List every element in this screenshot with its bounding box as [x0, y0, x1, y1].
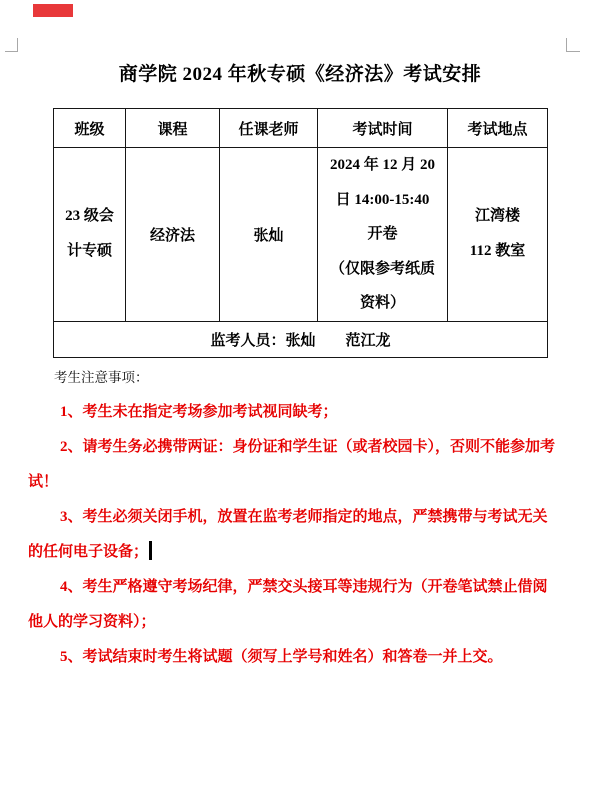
note-item-1[interactable]: 1、考生未在指定考场参加考试视同缺考；: [28, 395, 560, 430]
note-item-2[interactable]: 2、请考生务必携带两证：身份证和学生证（或者校园卡），否则不能参加考试！: [28, 430, 560, 500]
note-item-4-text: 4、考生严格遵守考场纪律，严禁交头接耳等违规行为（开卷笔试禁止借阅他人的学习资料…: [28, 579, 548, 630]
time-line-3: 开卷: [318, 217, 447, 252]
note-item-5[interactable]: 5、考试结束时考生将试题（须写上学号和姓名）和答卷一并上交。: [28, 640, 560, 675]
note-item-5-text: 5、考试结束时考生将试题（须写上学号和姓名）和答卷一并上交。: [60, 649, 503, 665]
cell-class[interactable]: 23 级会 计专硕: [54, 148, 126, 322]
cell-exam-location[interactable]: 江湾楼 112 教室: [448, 148, 548, 322]
note-item-3[interactable]: 3、考生必须关闭手机，放置在监考老师指定的地点，严禁携带与考试无关的任何电子设备…: [28, 500, 560, 570]
class-line-1: 23 级会: [54, 199, 125, 234]
note-item-3-text: 3、考生必须关闭手机，放置在监考老师指定的地点，严禁携带与考试无关的任何电子设备…: [28, 509, 548, 560]
margin-corner-mark-left: [5, 38, 18, 52]
cell-exam-time[interactable]: 2024 年 12 月 20 日 14:00-15:40 开卷 （仅限参考纸质 …: [318, 148, 448, 322]
text-cursor: [149, 541, 152, 560]
time-line-5: 资料）: [318, 286, 447, 321]
supervisor-name-1: 张灿: [285, 333, 315, 349]
notes-heading[interactable]: 考生注意事项：: [28, 360, 560, 395]
notes-section: 考生注意事项： 1、考生未在指定考场参加考试视同缺考； 2、请考生务必携带两证：…: [28, 360, 560, 675]
supervisor-label: 监考人员：: [210, 333, 285, 349]
margin-corner-mark-right: [566, 38, 580, 52]
note-item-4[interactable]: 4、考生严格遵守考场纪律，严禁交头接耳等违规行为（开卷笔试禁止借阅他人的学习资料…: [28, 570, 560, 640]
header-teacher[interactable]: 任课老师: [220, 109, 318, 148]
location-line-2: 112 教室: [448, 234, 547, 269]
supervisor-row: 监考人员：张灿范江龙: [54, 321, 548, 357]
note-item-1-text: 1、考生未在指定考场参加考试视同缺考；: [60, 404, 338, 420]
header-exam-location[interactable]: 考试地点: [448, 109, 548, 148]
header-class[interactable]: 班级: [54, 109, 126, 148]
table-header-row: 班级 课程 任课老师 考试时间 考试地点: [54, 109, 548, 148]
location-line-1: 江湾楼: [448, 199, 547, 234]
red-marker: [33, 4, 73, 17]
supervisor-name-2: 范江龙: [346, 333, 391, 349]
cell-course[interactable]: 经济法: [126, 148, 220, 322]
cell-teacher[interactable]: 张灿: [220, 148, 318, 322]
header-course[interactable]: 课程: [126, 109, 220, 148]
class-line-2: 计专硕: [54, 234, 125, 269]
note-item-2-text: 2、请考生务必携带两证：身份证和学生证（或者校园卡），否则不能参加考试！: [28, 439, 555, 490]
time-line-1: 2024 年 12 月 20: [318, 148, 447, 183]
time-line-2: 日 14:00-15:40: [318, 183, 447, 218]
exam-schedule-table: 班级 课程 任课老师 考试时间 考试地点 23 级会 计专硕 经济法 张灿 20…: [53, 108, 548, 358]
document-title[interactable]: 商学院 2024 年秋专硕《经济法》考试安排: [0, 60, 600, 90]
time-line-4: （仅限参考纸质: [318, 252, 447, 287]
cell-supervisors[interactable]: 监考人员：张灿范江龙: [54, 321, 548, 357]
header-exam-time[interactable]: 考试时间: [318, 109, 448, 148]
exam-row: 23 级会 计专硕 经济法 张灿 2024 年 12 月 20 日 14:00-…: [54, 148, 548, 322]
document-page[interactable]: 商学院 2024 年秋专硕《经济法》考试安排 班级 课程 任课老师 考试时间 考…: [0, 0, 600, 802]
